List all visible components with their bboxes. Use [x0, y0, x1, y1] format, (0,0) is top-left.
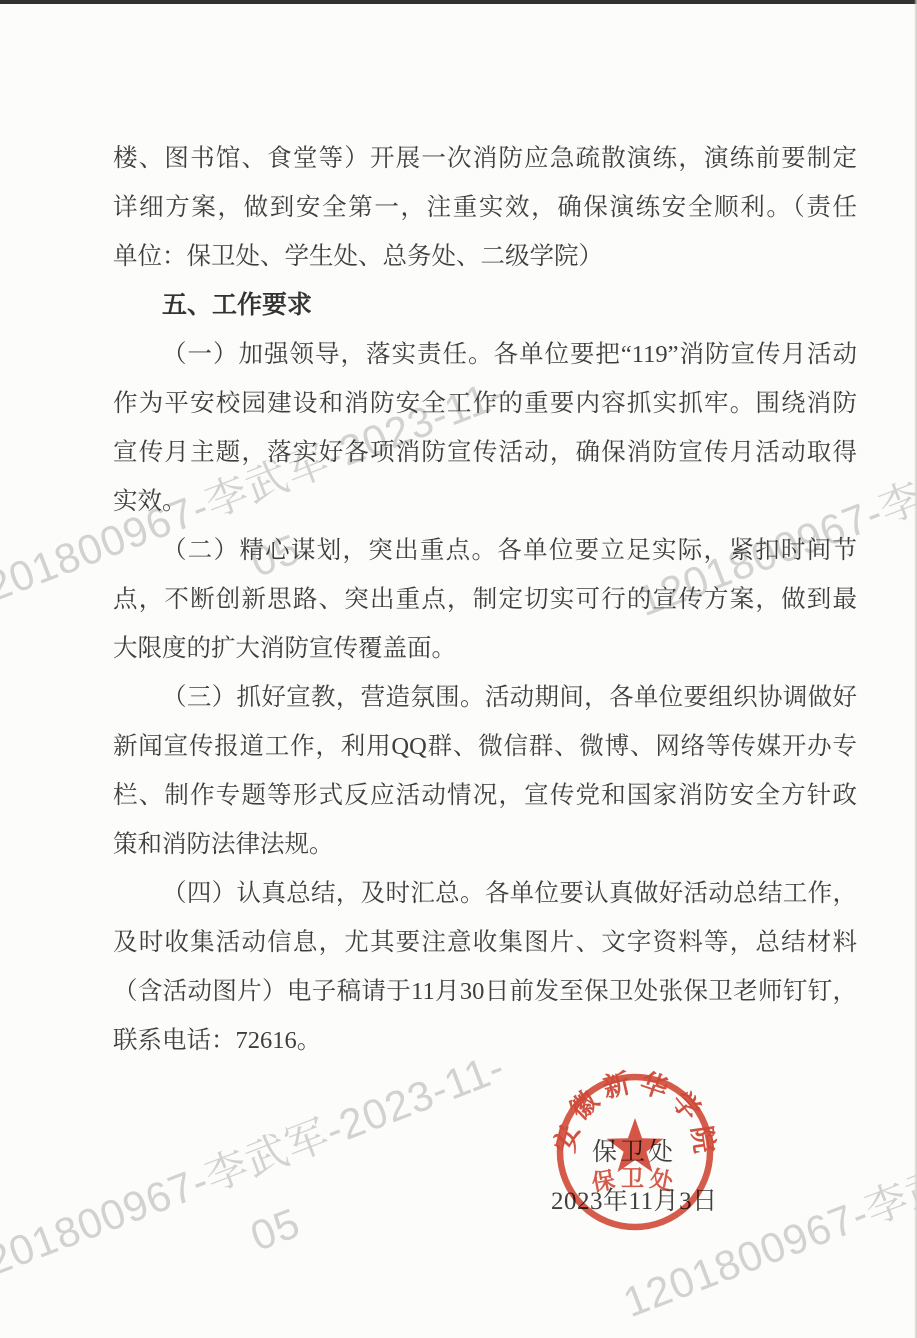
document-line: （四）认真总结，及时汇总。各单位要认真做好活动总结工作，	[113, 869, 857, 918]
section-heading: 五、工作要求	[113, 281, 857, 330]
document-line: （二）精心谋划，突出重点。各单位要立足实际，紧扣时间节	[113, 526, 857, 575]
watermark-text: 1201800967-李武军-2023-11-	[0, 1043, 511, 1293]
document-body: 楼、图书馆、食堂等）开展一次消防应急疏散演练，演练前要制定详细方案，做到安全第一…	[113, 134, 857, 1065]
top-edge-bar	[0, 0, 917, 4]
official-seal: 安徽新华学院 保卫处	[552, 1068, 718, 1234]
document-line: 及时收集活动信息，尤其要注意收集图片、文字资料等，总结材料	[113, 918, 857, 967]
seal-department-text: 保卫处	[590, 1165, 680, 1196]
svg-text:保卫处: 保卫处	[590, 1165, 680, 1196]
document-line: 新闻宣传报道工作，利用QQ群、微信群、微博、网络等传媒开办专	[113, 722, 857, 771]
document-line: 详细方案，做到安全第一，注重实效，确保演练安全顺利。（责任	[113, 183, 857, 232]
document-line: 作为平安校园建设和消防安全工作的重要内容抓实抓牢。围绕消防	[113, 379, 857, 428]
watermark-tile: 1201800967-李武军-2023-11- 05	[0, 1046, 510, 1291]
document-line: 栏、制作专题等形式反应活动情况，宣传党和国家消防安全方针政	[113, 771, 857, 820]
watermark-text-line2: 05	[245, 1201, 306, 1258]
document-line: （三）抓好宣教，营造氛围。活动期间，各单位要组织协调做好	[113, 673, 857, 722]
document-line: 大限度的扩大消防宣传覆盖面。	[113, 624, 857, 673]
star-icon	[607, 1118, 664, 1172]
document-page: 1201800967-李武军-2023-11- 05 1201800967-李武…	[0, 0, 917, 1338]
document-line: （一）加强领导，落实责任。各单位要把“119”消防宣传月活动	[113, 330, 857, 379]
document-line: （含活动图片）电子稿请于11月30日前发至保卫处张保卫老师钉钉，	[113, 967, 857, 1016]
document-line: 联系电话：72616。	[113, 1016, 857, 1065]
document-line: 策和消防法律法规。	[113, 820, 857, 869]
document-line: 单位：保卫处、学生处、总务处、二级学院）	[113, 232, 857, 281]
document-line: 楼、图书馆、食堂等）开展一次消防应急疏散演练，演练前要制定	[113, 134, 857, 183]
document-line: 宣传月主题，落实好各项消防宣传活动，确保消防宣传月活动取得	[113, 428, 857, 477]
document-line: 实效。	[113, 477, 857, 526]
document-line: 点，不断创新思路、突出重点，制定切实可行的宣传方案，做到最	[113, 575, 857, 624]
